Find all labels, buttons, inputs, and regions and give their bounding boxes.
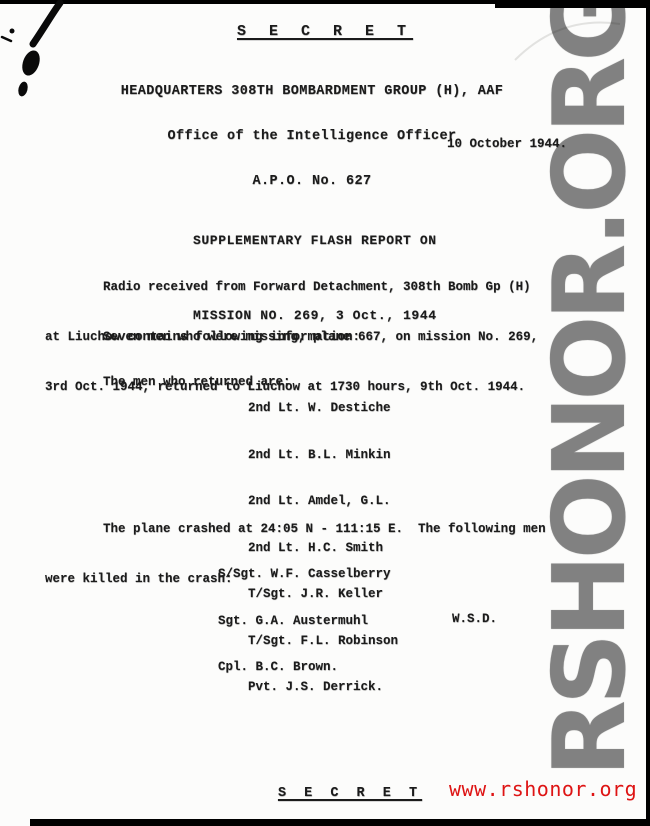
scanned-document-page: RSHONOR.ORG S E C R E T HEADQUARTERS 308…: [0, 0, 650, 826]
killed-man: Cpl. B.C. Brown.: [218, 660, 391, 676]
scan-edge-bar-top-right: [495, 0, 650, 8]
returned-man: 2nd Lt. B.L. Minkin: [248, 448, 398, 464]
website-url-link[interactable]: www.rshonor.org: [449, 777, 637, 801]
document-date: 10 October 1944.: [447, 136, 567, 153]
paragraph-radio-line1: Radio received from Forward Detachment, …: [45, 279, 531, 296]
killed-man: S/Sgt. W.F. Casselberry: [218, 567, 391, 583]
killed-man: Sgt. G.A. Austermuhl: [218, 614, 391, 630]
classification-header: S E C R E T: [0, 24, 650, 41]
scan-edge-bar-bottom: [30, 819, 650, 826]
letterhead-unit: HEADQUARTERS 308TH BOMBARDMENT GROUP (H)…: [0, 84, 624, 99]
signer-initials: W.S.D.: [452, 611, 497, 628]
killed-men-list: S/Sgt. W.F. Casselberry Sgt. G.A. Auster…: [218, 536, 391, 707]
scan-edge-bar-right: [646, 0, 650, 826]
returned-man: 2nd Lt. W. Destiche: [248, 401, 398, 417]
